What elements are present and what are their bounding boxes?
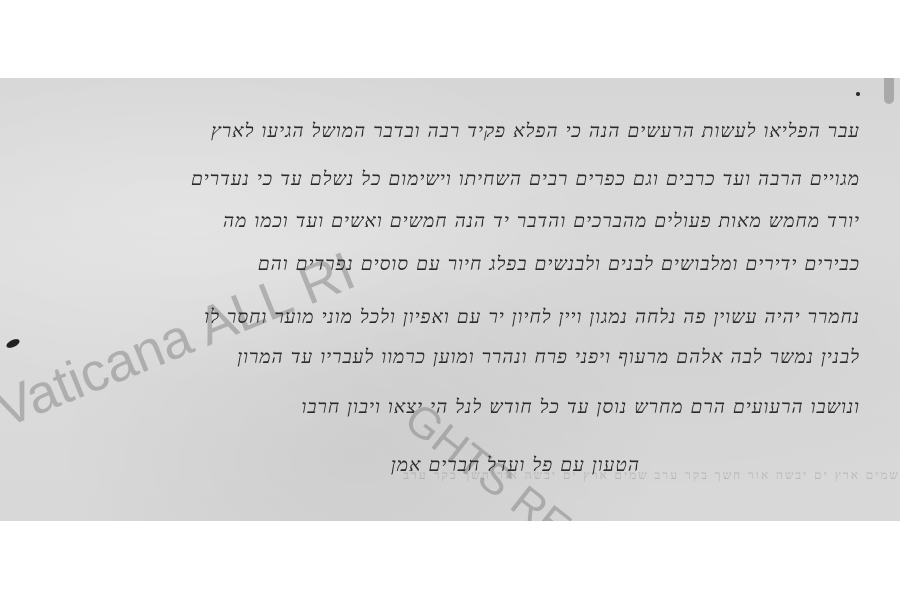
manuscript-line: עבר הפליאו לעשות הרעשים הנה כי הפלא פקיד… [211, 120, 860, 143]
manuscript-line: ונושבו הרעועים הרם מחרש נוסן עד כל חודש … [302, 396, 861, 419]
manuscript-line: מגויים הרבה ועד כרבים וגם כפרים רבים השח… [191, 168, 860, 191]
manuscript-line: נחמרר יהיה עשוין פה נלחה נמגון ויין לחיו… [204, 306, 860, 329]
margin-mark [5, 337, 21, 349]
ink-stain [884, 78, 894, 104]
manuscript-line: לבנין נמשר לבה אלהם מרעוף ויפני פרח ונהר… [237, 346, 860, 369]
bleed-through-text: שמים ארץ ים יבשה אור חשך בקר ערב שמים אר… [0, 468, 900, 482]
manuscript-line: יורד מחמש מאות פעולים מהברכים והדבר יד ה… [223, 210, 860, 233]
ink-dot [856, 92, 860, 96]
manuscript-line: כבירים ידירים ומלבושים לבנים ולבנשים בפל… [258, 253, 860, 276]
manuscript-scan: Vaticana ALL RI GHTS RE עבר הפליאו לעשות… [0, 78, 900, 521]
